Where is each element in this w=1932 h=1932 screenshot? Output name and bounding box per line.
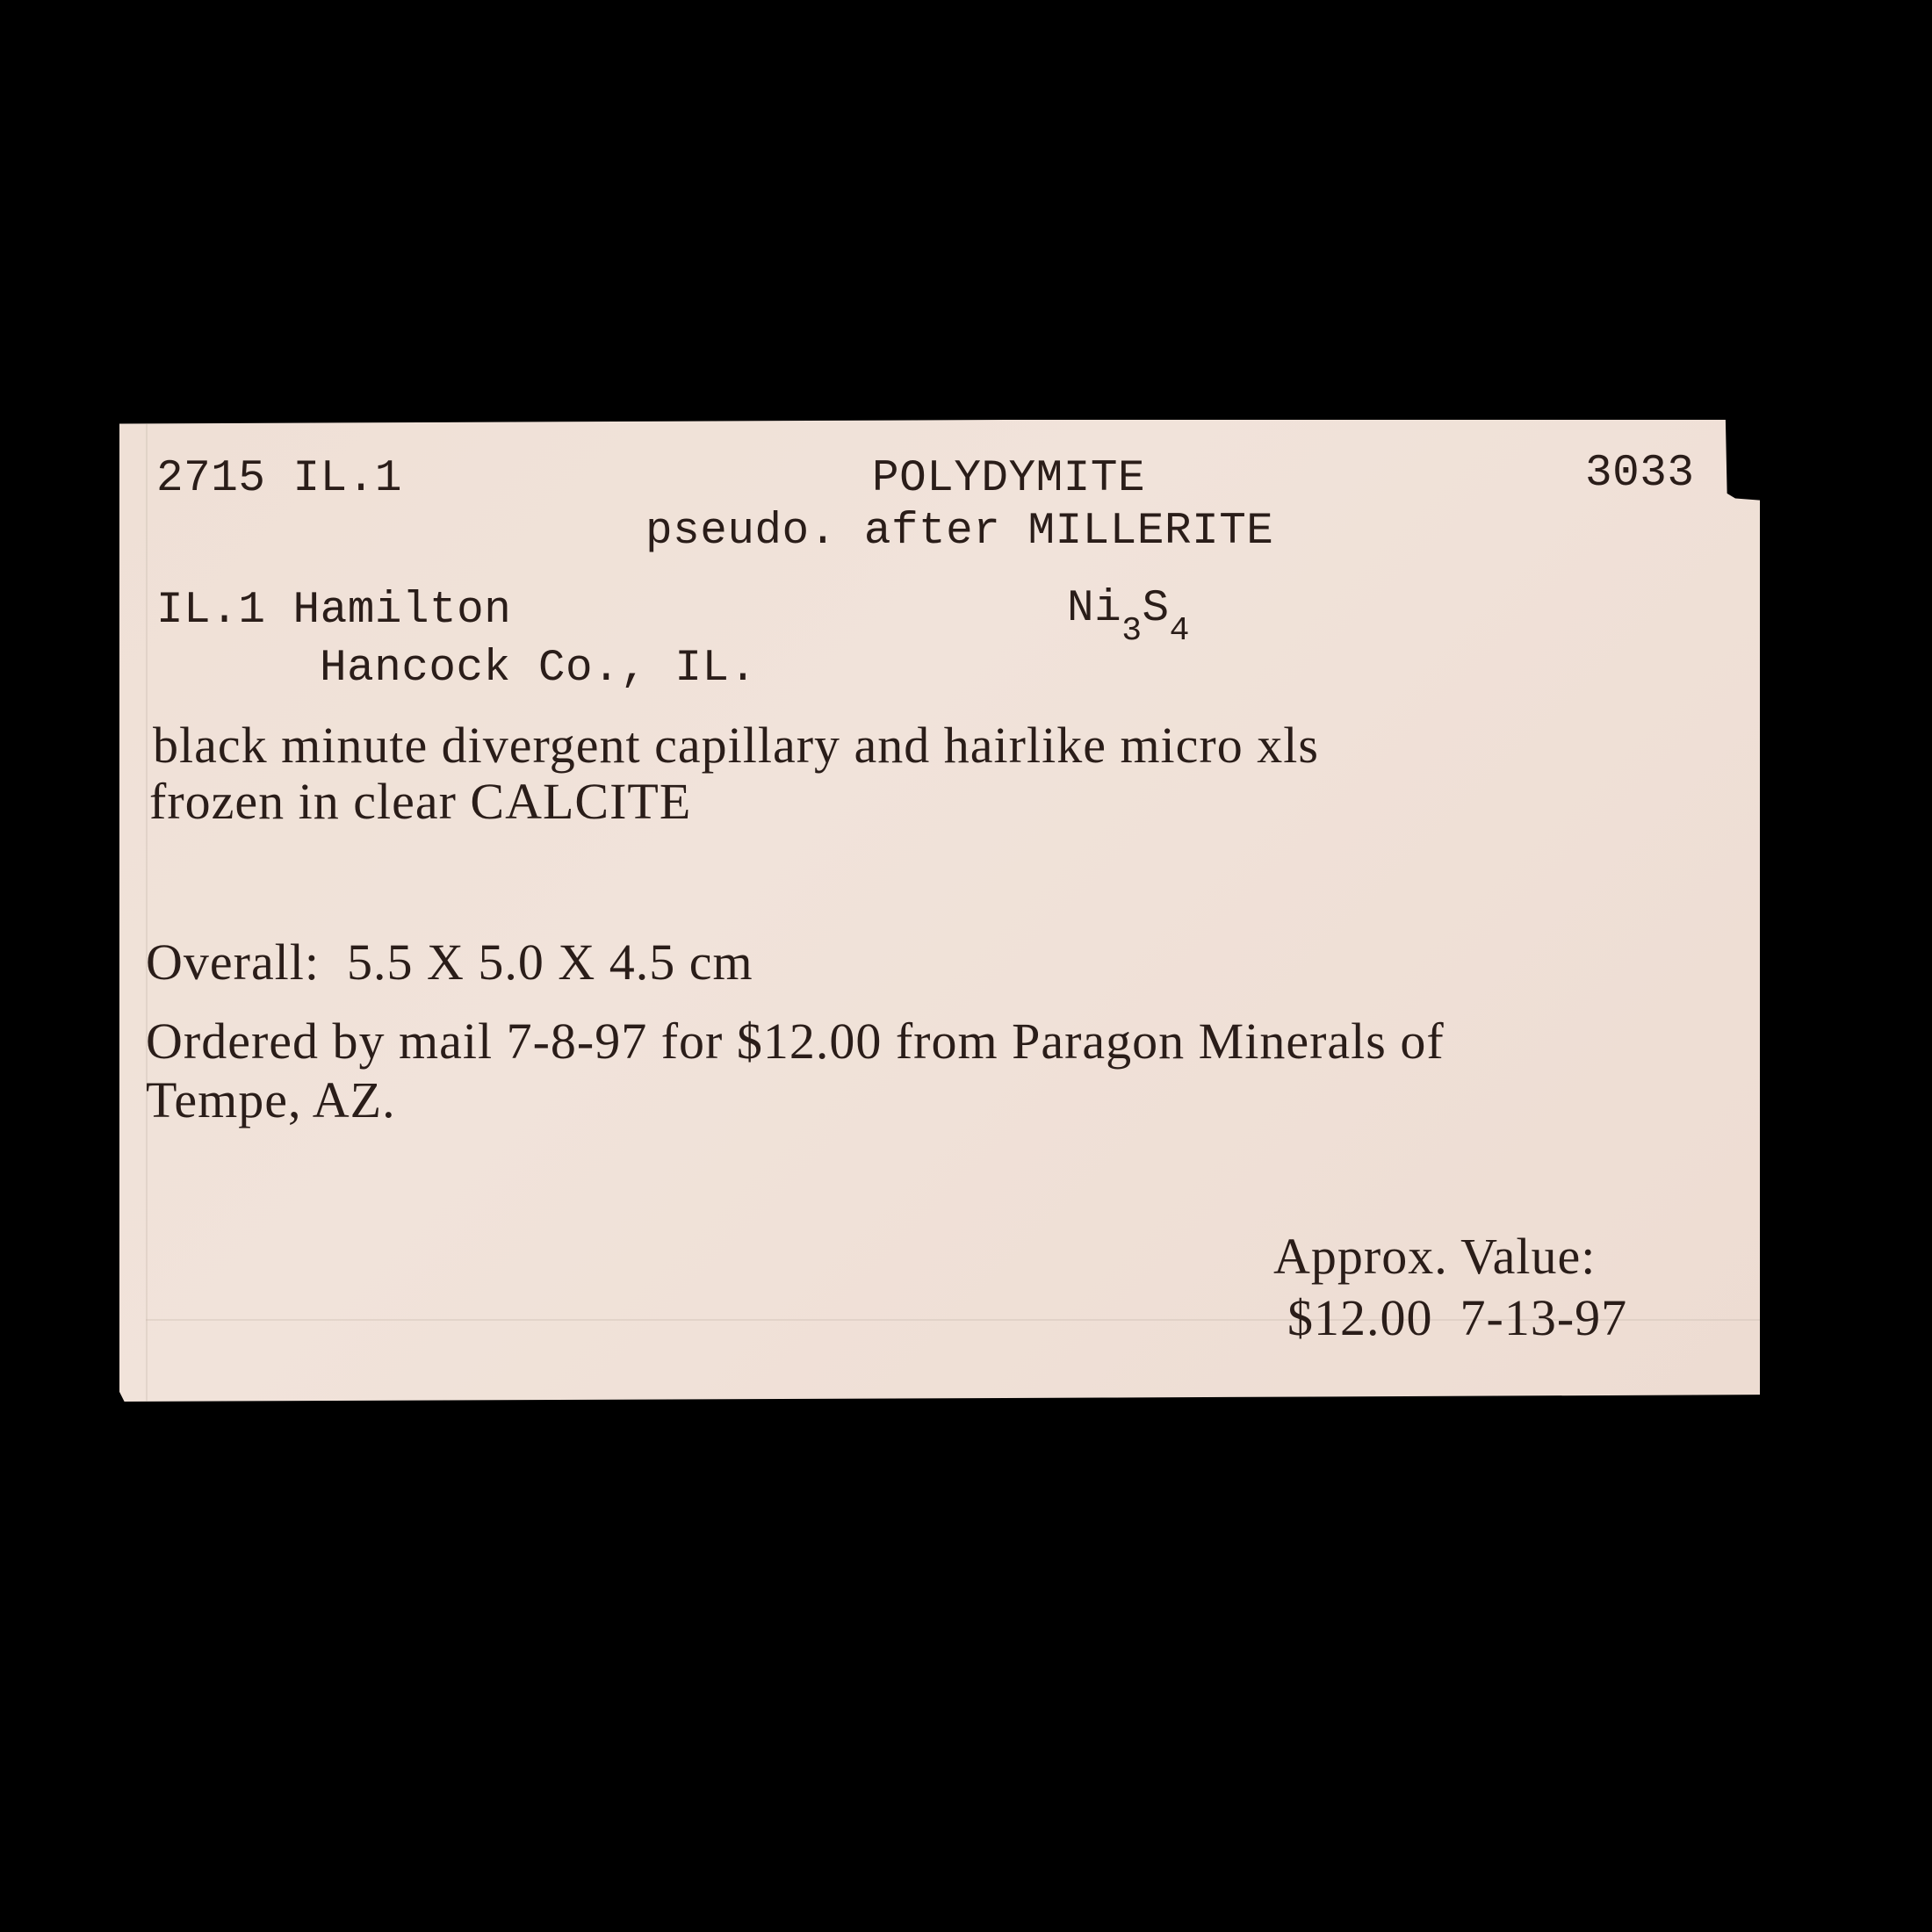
valuation-row: $12.00 7-13-97 xyxy=(1287,1293,1627,1344)
catalog-number-row: 2715 IL.1 xyxy=(156,457,402,501)
approx-value-date: 7-13-97 xyxy=(1460,1289,1628,1346)
specimen-number: 3033 xyxy=(1585,451,1694,496)
acquisition-line-2: Tempe, AZ. xyxy=(146,1075,396,1126)
description-line-2: frozen in clear CALCITE xyxy=(149,776,691,827)
acquisition-line-1: Ordered by mail 7-8-97 for $12.00 from P… xyxy=(146,1016,1445,1067)
approx-value-label: Approx. Value: xyxy=(1273,1231,1596,1282)
chemical-formula: Ni3S4 xyxy=(1067,587,1190,631)
dimensions-label: Overall: xyxy=(146,934,320,991)
formula-element-s: S xyxy=(1143,584,1170,634)
locality-line: IL.1 Hamilton xyxy=(156,588,511,633)
formula-element-ni: Ni xyxy=(1067,584,1121,634)
formula-subscript-4: 4 xyxy=(1170,612,1190,650)
catalog-number: 2715 xyxy=(156,454,265,504)
locality-code: IL.1 xyxy=(293,454,402,504)
pseudomorph-note: pseudo. after MILLERITE xyxy=(645,509,1273,554)
locality-county-state: Hancock Co., IL. xyxy=(320,646,757,691)
card-fold-line-vertical xyxy=(146,420,148,1402)
locality-code-2: IL.1 xyxy=(156,586,265,636)
description-line-1: black minute divergent capillary and hai… xyxy=(153,720,1319,771)
dimensions-row: Overall: 5.5 X 5.0 X 4.5 cm xyxy=(146,937,753,988)
formula-subscript-3: 3 xyxy=(1121,612,1142,650)
approx-value-amount: $12.00 xyxy=(1287,1289,1433,1346)
mineral-name: POLYDYMITE xyxy=(872,457,1145,501)
locality-place: Hamilton xyxy=(293,586,512,636)
dimensions-value: 5.5 X 5.0 X 4.5 cm xyxy=(347,934,753,991)
